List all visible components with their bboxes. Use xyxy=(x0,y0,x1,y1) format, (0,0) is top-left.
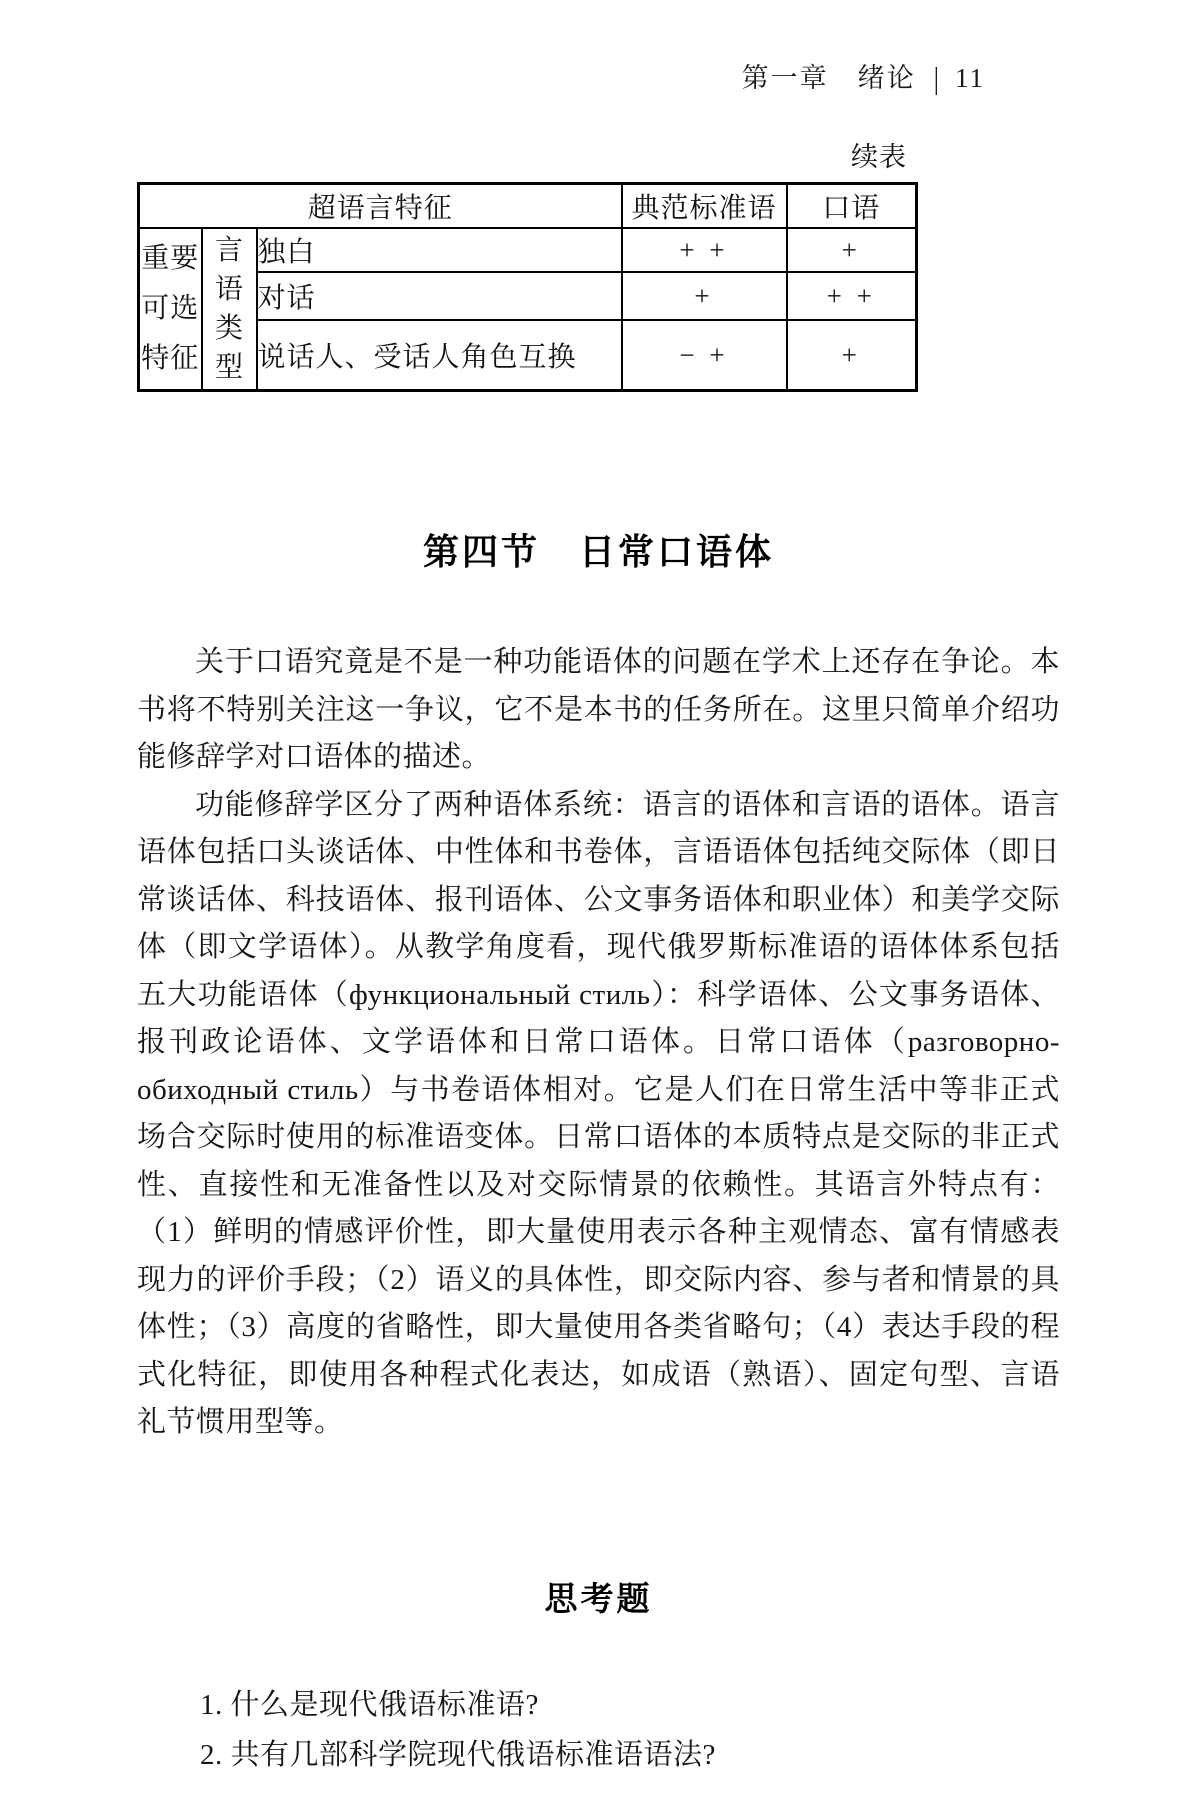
features-table: 超语言特征 典范标准语 口语 重要可选特征 言语类型 独白 + + + 对话 +… xyxy=(137,182,918,392)
questions-heading: 思考题 xyxy=(0,1573,1197,1620)
header-divider: | xyxy=(934,61,941,97)
section-title: 第四节 日常口语体 xyxy=(0,524,1197,575)
table-row: 重要可选特征 言语类型 独白 + + + xyxy=(139,228,917,272)
running-head: 第一章 绪论|11 xyxy=(0,0,1197,95)
colloquial-value: + xyxy=(787,320,917,391)
standard-value: + xyxy=(622,272,787,320)
row-group-label: 重要可选特征 xyxy=(139,228,202,391)
colloquial-value: + + xyxy=(787,272,917,320)
book-page: 第一章 绪论|11 续表 超语言特征 典范标准语 口语 重要可选特征 言语类型 … xyxy=(0,0,1197,1796)
standard-value: − + xyxy=(622,320,787,391)
column-header-feature: 超语言特征 xyxy=(139,184,622,229)
row-group-sublabel: 言语类型 xyxy=(202,228,257,391)
chapter-title: 第一章 绪论 xyxy=(742,63,916,93)
paragraph: 功能修辞学区分了两种语体系统：语言的语体和言语的语体。语言语体包括口头谈话体、中… xyxy=(137,782,1060,1447)
feature-name: 独白 xyxy=(257,228,622,272)
page-number: 11 xyxy=(955,63,985,93)
colloquial-value: + xyxy=(787,228,917,272)
questions-list: 1. 什么是现代俄语标准语? 2. 共有几部科学院现代俄语标准语语法? xyxy=(200,1680,1197,1780)
question-item: 2. 共有几部科学院现代俄语标准语语法? xyxy=(200,1730,1197,1780)
question-item: 1. 什么是现代俄语标准语? xyxy=(200,1680,1197,1730)
column-header-colloquial: 口语 xyxy=(787,184,917,229)
column-header-standard: 典范标准语 xyxy=(622,184,787,229)
table-header-row: 超语言特征 典范标准语 口语 xyxy=(139,184,917,229)
paragraph: 关于口语究竟是不是一种功能语体的问题在学术上还存在争论。本书将不特别关注这一争议… xyxy=(137,639,1060,782)
standard-value: + + xyxy=(622,228,787,272)
table-continued-note: 续表 xyxy=(0,135,907,174)
feature-name: 对话 xyxy=(257,272,622,320)
feature-name: 说话人、受话人角色互换 xyxy=(257,320,622,391)
